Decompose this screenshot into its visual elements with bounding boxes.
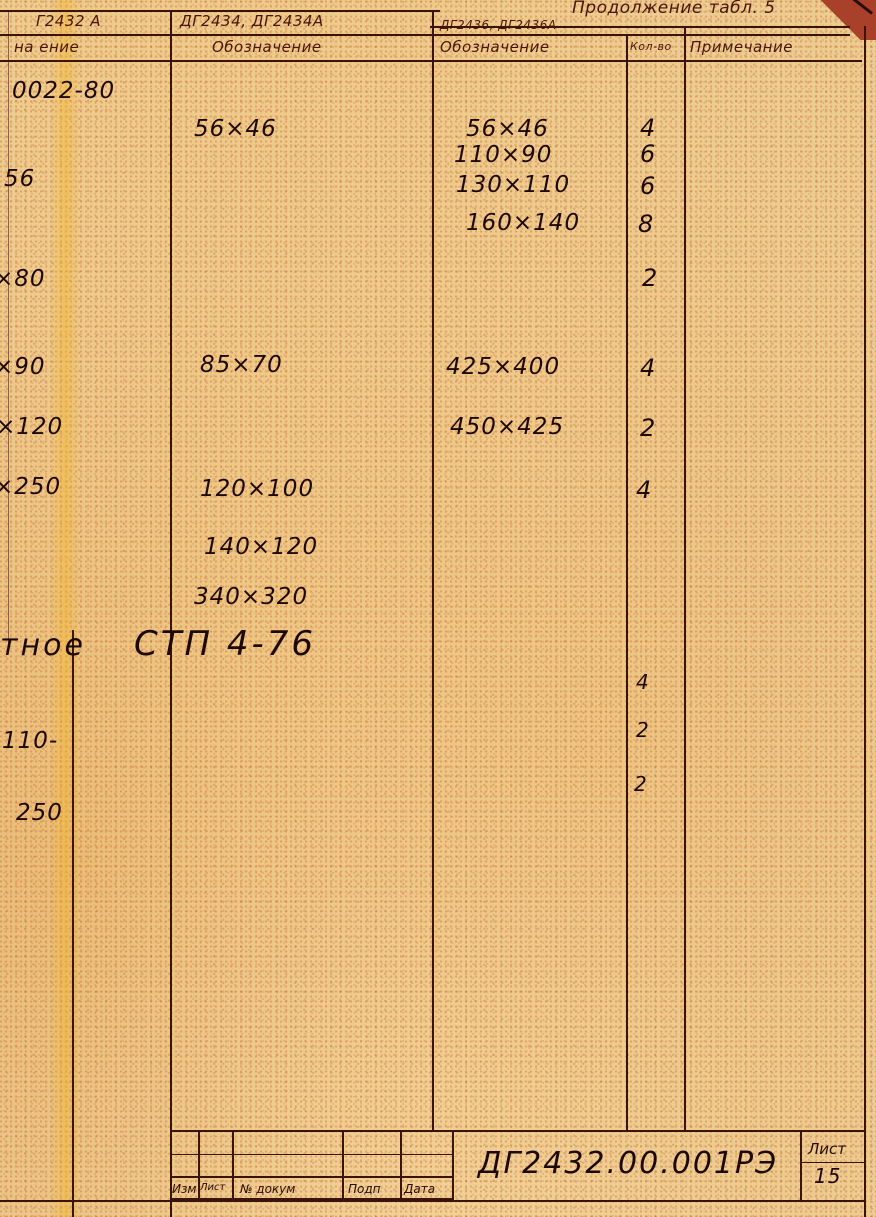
sheet-divider [800, 1162, 864, 1163]
tb-label-list: Лист [200, 1182, 225, 1193]
qty-value: 8 [638, 210, 654, 238]
left-fragment: тное [0, 628, 86, 663]
col-divider-2 [170, 10, 172, 1217]
qty-value: 4 [640, 354, 656, 382]
tb-col [400, 1130, 402, 1200]
left-fragment: ×120 [0, 414, 63, 440]
qty-value: 2 [636, 718, 650, 742]
title-block-row [170, 1176, 452, 1178]
standard-reference: СТП 4-76 [134, 624, 316, 664]
col-name-heading: на ение [14, 38, 79, 56]
qty-value: 2 [642, 264, 658, 292]
qty-value: 6 [640, 172, 656, 200]
right-designation: 56×46 [466, 116, 549, 142]
left-fragment: 110- [2, 728, 58, 754]
mid-designation: 56×46 [194, 116, 277, 142]
tb-col [232, 1130, 234, 1200]
continuation-label: Продолжение табл. 5 [572, 0, 776, 18]
paper-stain [50, 0, 80, 1217]
col-designation-right-heading: Обозначение [440, 38, 550, 56]
left-fragment: ×80 [0, 266, 46, 292]
sheet-number: 15 [814, 1164, 841, 1188]
title-block-top [170, 1130, 866, 1132]
col-qty-heading: Кол-во [630, 40, 672, 53]
tb-label-doc-number: № докум [240, 1182, 295, 1196]
qty-value: 4 [636, 476, 652, 504]
col-divider-4 [626, 34, 628, 1130]
sheet-label: Лист [808, 1140, 846, 1158]
header-mid-rule [0, 34, 850, 36]
right-designation: 130×110 [456, 172, 570, 198]
title-block-bottom [0, 1200, 866, 1202]
tb-label-date: Дата [404, 1182, 435, 1196]
left-fragment: 250 [16, 800, 63, 826]
tb-col [800, 1130, 802, 1200]
qty-value: 4 [636, 670, 650, 694]
left-fragment: ×250 [0, 474, 61, 500]
qty-value: 4 [640, 114, 656, 142]
right-designation: 160×140 [466, 210, 580, 236]
group-left-heading: Г2432 А [36, 12, 101, 30]
tb-label-izm: Изм [172, 1182, 196, 1196]
left-fragment: ×90 [0, 354, 46, 380]
header-bottom-rule [0, 60, 862, 62]
left-fragment: 0022-80 [12, 78, 115, 104]
right-designation: 425×400 [446, 354, 560, 380]
mid-designation: 340×320 [194, 584, 308, 610]
mid-designation: 120×100 [200, 476, 314, 502]
right-designation: 110×90 [454, 142, 552, 168]
title-block-row [170, 1154, 452, 1155]
paper-texture [0, 0, 876, 1217]
tb-col [342, 1130, 344, 1200]
col-divider-5 [684, 26, 686, 1130]
mid-designation: 85×70 [200, 352, 283, 378]
col-divider-1 [72, 630, 74, 1217]
col-divider-3 [432, 10, 434, 1130]
left-edge-line [8, 10, 9, 650]
qty-value: 2 [634, 772, 648, 796]
qty-value: 6 [640, 140, 656, 168]
right-designation: 450×425 [450, 414, 564, 440]
left-fragment: 56 [4, 166, 35, 192]
group-right-heading: ДГ2436, ДГ2436А [440, 18, 557, 32]
group-mid-heading: ДГ2434, ДГ2434А [180, 12, 324, 30]
tb-label-signature: Подп [348, 1182, 381, 1196]
document-code: ДГ2432.00.001РЭ [478, 1146, 778, 1181]
mid-designation: 140×120 [204, 534, 318, 560]
col-designation-mid-heading: Обозначение [212, 38, 322, 56]
qty-value: 2 [640, 414, 656, 442]
tb-col [452, 1130, 454, 1200]
col-note-heading: Примечание [690, 38, 793, 56]
right-border [864, 26, 866, 1217]
